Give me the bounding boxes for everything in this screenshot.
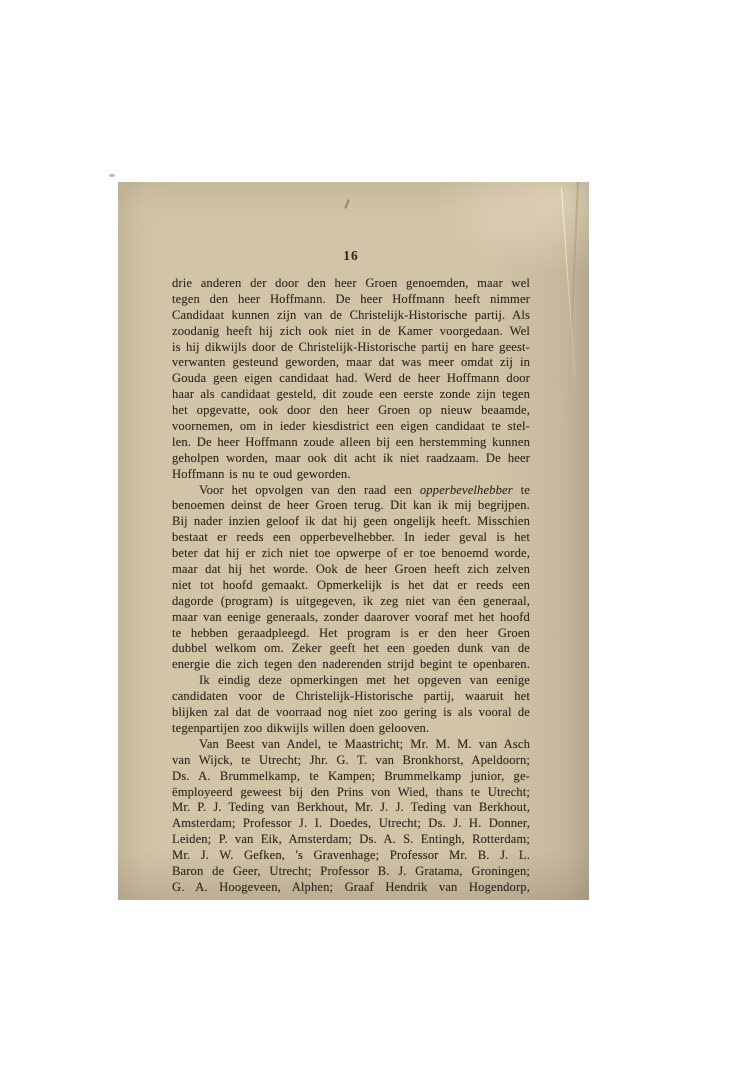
scan-canvas: { "colors": { "paper": "#d2c4a7", "ink":… — [0, 0, 738, 1068]
text-line: candidaten voor de Christelijk-Historisc… — [172, 689, 530, 705]
text-line: Baron de Geer, Utrecht; Professor B. J. … — [172, 864, 530, 880]
text-line: Amsterdam; Professor J. I. Doedes, Utrec… — [172, 816, 530, 832]
smudge-mark — [344, 199, 350, 209]
text-line: blijken zal dat de voorraad nog niet zoo… — [172, 705, 530, 721]
text-line: dagorde (program) is uitgegeven, ik zeg … — [172, 594, 530, 610]
text-line: beter dat hij er zich niet toe opwerpe o… — [172, 546, 530, 562]
text-line: energie die zich tegen den naderenden st… — [172, 657, 530, 673]
text-line: verwanten gesteund geworden, maar dat wa… — [172, 355, 530, 371]
paper-speck — [109, 174, 115, 177]
text-line: benoemen deinst de heer Groen terug. Dit… — [172, 498, 530, 514]
text-line: drie anderen der door den heer Groen gen… — [172, 276, 530, 292]
text-line: Mr. P. J. Teding van Berkhout, Mr. J. J.… — [172, 800, 530, 816]
text-line: Gouda geen eigen candidaat had. Werd de … — [172, 371, 530, 387]
text-line: Ik eindig deze opmerkingen met het opgev… — [172, 673, 530, 689]
text-line: geholpen worden, maar ook dit acht ik ni… — [172, 451, 530, 467]
book-page: 16 drie anderen der door den heer Groen … — [118, 182, 589, 900]
text-line: Ds. A. Brummelkamp, te Kampen; Brummelka… — [172, 769, 530, 785]
text-line: haar als candidaat gesteld, dit zoude ee… — [172, 387, 530, 403]
text-line: Van Beest van Andel, te Maastricht; Mr. … — [172, 737, 530, 753]
text-line: tegenpartijen zoo dikwijls willen doen g… — [172, 721, 530, 737]
text-line: voornemen, om in ieder kiesdistrict een … — [172, 419, 530, 435]
text-line: Mr. J. W. Gefken, 's Gravenhage; Profess… — [172, 848, 530, 864]
text-line: Leiden; P. van Eik, Amsterdam; Ds. A. S.… — [172, 832, 530, 848]
text-line: dubbel welkom om. Zeker geeft het een go… — [172, 641, 530, 657]
text-line: niet tot hoofd gemaakt. Opmerkelijk is h… — [172, 578, 530, 594]
text-line: van Wijck, te Utrecht; Jhr. G. T. van Br… — [172, 753, 530, 769]
paragraph: Ik eindig deze opmerkingen met het opgev… — [172, 673, 530, 737]
text-line: tegen den heer Hoffmann. De heer Hoffman… — [172, 292, 530, 308]
text-line: maar van eenige generaals, zonder daarov… — [172, 610, 530, 626]
text-block: drie anderen der door den heer Groen gen… — [172, 276, 530, 896]
text-line: Hoffmann is nu te oud geworden. — [172, 467, 530, 483]
text-line: het opgevatte, ook door den heer Groen o… — [172, 403, 530, 419]
paragraph: Voor het opvolgen van den raad een opper… — [172, 483, 530, 674]
text-line: maar dat hij het worde. Ook de heer Groe… — [172, 562, 530, 578]
paragraph: drie anderen der door den heer Groen gen… — [172, 276, 530, 483]
text-line: is hij dikwijls door de Christelijk-Hist… — [172, 340, 530, 356]
text-line: G. A. Hoogeveen, Alphen; Graaf Hendrik v… — [172, 880, 530, 896]
text-line: Voor het opvolgen van den raad een opper… — [172, 483, 530, 499]
text-line: te hebben geraadpleegd. Het program is e… — [172, 626, 530, 642]
text-line: Bij nader inzien geloof ik dat hij geen … — [172, 514, 530, 530]
text-line: bestaat er reeds een opperbevelhebber. I… — [172, 530, 530, 546]
text-line: zoodanig heeft hij zich ook niet in de K… — [172, 324, 530, 340]
text-line: Candidaat kunnen zijn van de Christelijk… — [172, 308, 530, 324]
text-line: ëmployeerd geweest bij den Prins von Wie… — [172, 785, 530, 801]
text-line: len. De heer Hoffmann zoude alleen bij e… — [172, 435, 530, 451]
page-number: 16 — [172, 248, 530, 264]
paragraph: Van Beest van Andel, te Maastricht; Mr. … — [172, 737, 530, 896]
